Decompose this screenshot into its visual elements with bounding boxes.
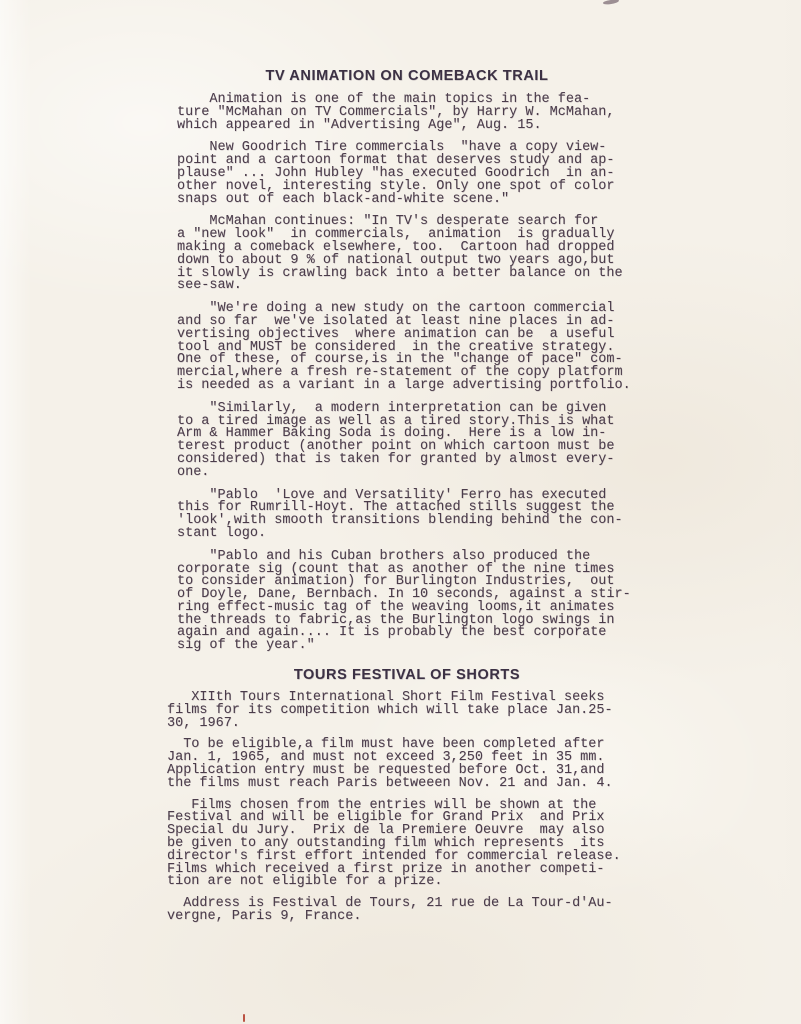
scanned-newsletter-page: TV ANIMATION ON COMEBACK TRAIL Animation…	[0, 0, 801, 1024]
paragraph: "Similarly, a modern interpretation can …	[167, 403, 647, 480]
article-tv-animation: TV ANIMATION ON COMEBACK TRAIL Animation…	[167, 68, 647, 653]
text-column: TV ANIMATION ON COMEBACK TRAIL Animation…	[167, 68, 647, 933]
paragraph: XIIth Tours International Short Film Fes…	[167, 692, 647, 730]
paragraph: "Pablo and his Cuban brothers also produ…	[167, 551, 647, 653]
article-title: TOURS FESTIVAL OF SHORTS	[167, 667, 647, 684]
paragraph: Address is Festival de Tours, 21 rue de …	[167, 898, 647, 924]
paragraph: McMahan continues: "In TV's desperate se…	[167, 216, 647, 293]
paragraph: "Pablo 'Love and Versatility' Ferro has …	[167, 490, 647, 541]
article-title: TV ANIMATION ON COMEBACK TRAIL	[167, 68, 647, 85]
paragraph: To be eligible,a film must have been com…	[167, 739, 647, 790]
paragraph: Films chosen from the entries will be sh…	[167, 800, 647, 890]
paragraph: Animation is one of the main topics in t…	[167, 94, 647, 132]
article-tours-festival: TOURS FESTIVAL OF SHORTS XIIth Tours Int…	[167, 667, 647, 924]
red-pen-mark	[243, 1014, 245, 1022]
paragraph: New Goodrich Tire commercials "have a co…	[167, 142, 647, 206]
ink-speck	[603, 0, 619, 5]
paragraph: "We're doing a new study on the cartoon …	[167, 303, 647, 393]
